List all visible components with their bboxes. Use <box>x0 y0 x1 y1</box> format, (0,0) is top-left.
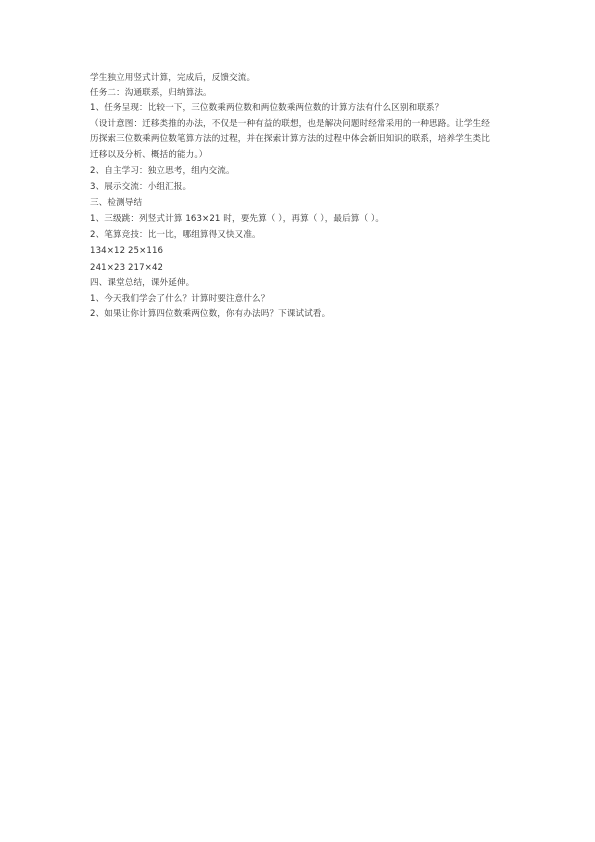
text-line: 学生独立用竖式计算，完成后，反馈交流。 <box>90 72 255 84</box>
text-line: 任务二：沟通联系，归纳算法。 <box>90 87 212 99</box>
text-line: 241×23 217×42 <box>90 262 163 274</box>
text-line: 2、如果让你计算四位数乘两位数，你有办法吗？下课试试看。 <box>90 308 330 320</box>
text-line: 1、三级跳：列竖式计算 163×21 时，要先算（ ），再算（ ），最后算（ ）… <box>90 213 384 225</box>
text-line: （设计意图：迁移类推的办法，不仅是一种有益的联想，也是解决问题时经常采用的一种思… <box>90 118 490 130</box>
document-page: 学生独立用竖式计算，完成后，反馈交流。 任务二：沟通联系，归纳算法。 1、任务呈… <box>0 0 595 842</box>
text-line: 1、今天我们学会了什么？计算时要注意什么？ <box>90 293 269 305</box>
text-line: 134×12 25×116 <box>90 245 163 257</box>
section-heading: 三、检测导结 <box>90 197 142 209</box>
text-line: 迁移以及分析、概括的能力。） <box>90 149 207 161</box>
text-line: 2、笔算竞技：比一比，哪组算得又快又准。 <box>90 229 261 241</box>
text-line: 1、任务呈现：比较一下，三位数乘两位数和两位数乘两位数的计算方法有什么区别和联系… <box>90 102 443 114</box>
text-line: 3、展示交流：小组汇报。 <box>90 181 191 193</box>
section-heading: 四、课堂总结，课外延伸。 <box>90 277 194 289</box>
text-line: 2、自主学习：独立思考，组内交流。 <box>90 165 235 177</box>
text-line: 历探索三位数乘两位数笔算方法的过程，并在探索计算方法的过程中体会新旧知识的联系，… <box>90 133 490 145</box>
